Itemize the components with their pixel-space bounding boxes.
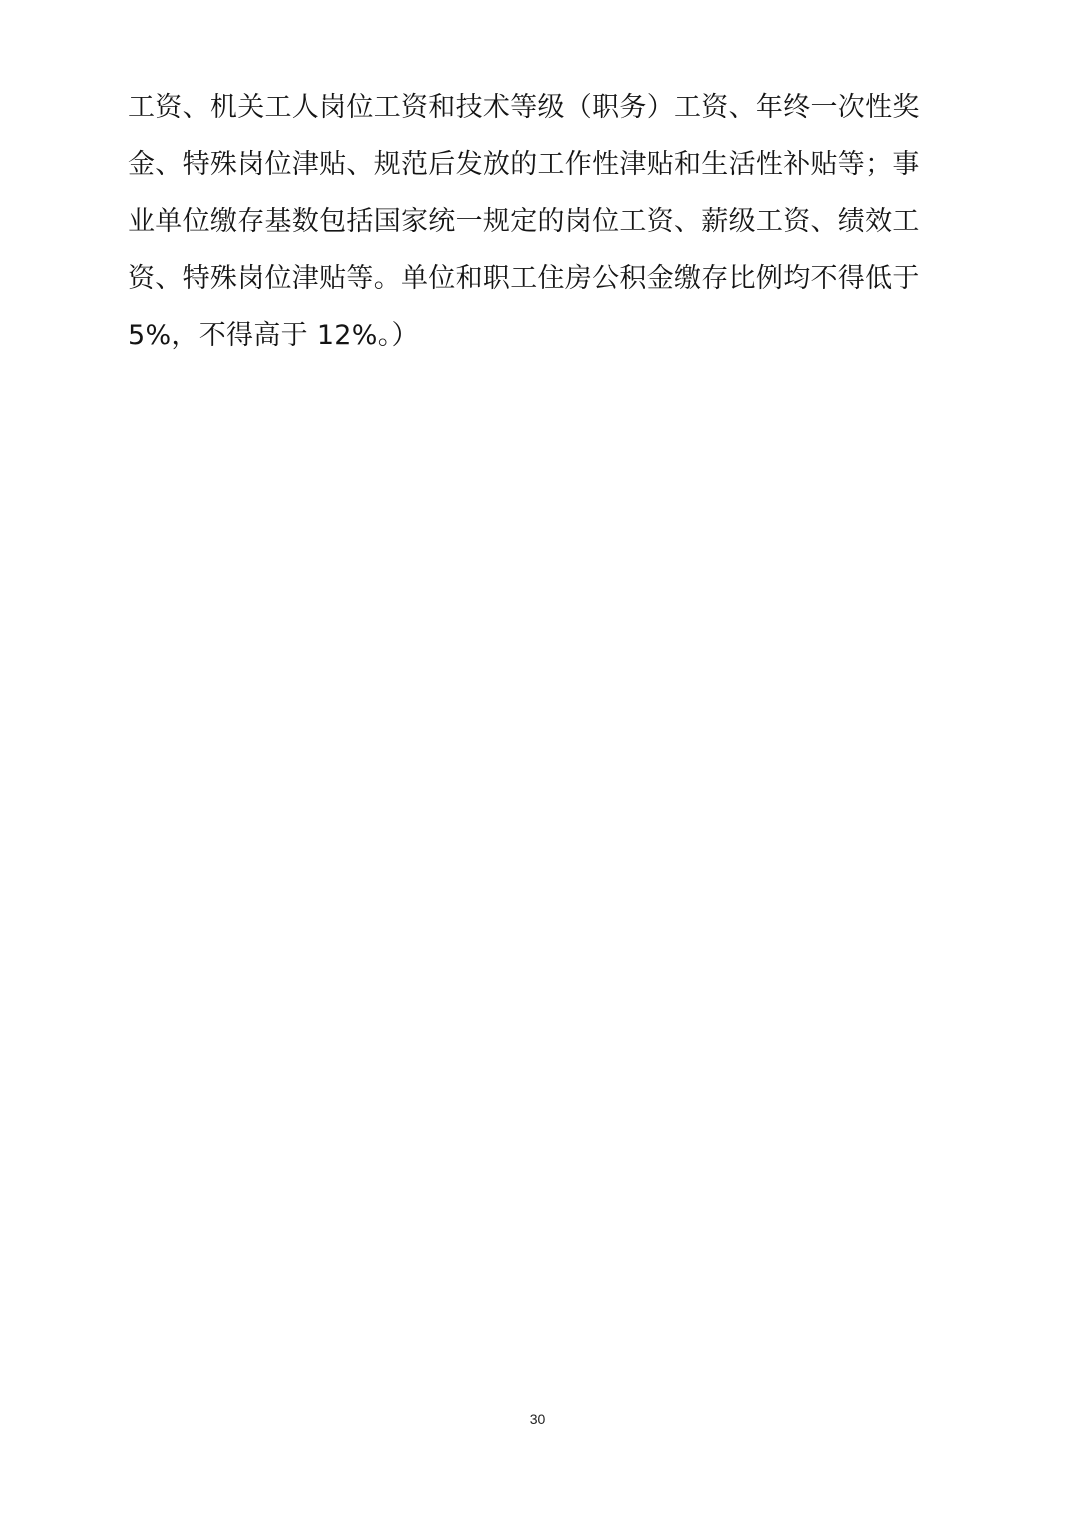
paragraph-line: 工资、机关工人岗位工资和技术等级（职务）工资、年终一次性奖: [128, 84, 968, 141]
paragraph-line: 资、特殊岗位津贴等。单位和职工住房公积金缴存比例均不得低于: [128, 255, 968, 312]
page-number: 30: [0, 1411, 1075, 1427]
document-page: 工资、机关工人岗位工资和技术等级（职务）工资、年终一次性奖 金、特殊岗位津贴、规…: [0, 0, 1075, 1519]
paragraph-line: 金、特殊岗位津贴、规范后发放的工作性津贴和生活性补贴等；事: [128, 141, 968, 198]
paragraph-line: 业单位缴存基数包括国家统一规定的岗位工资、薪级工资、绩效工: [128, 198, 968, 255]
paragraph: 工资、机关工人岗位工资和技术等级（职务）工资、年终一次性奖 金、特殊岗位津贴、规…: [128, 84, 968, 369]
paragraph-line: 5%，不得高于 12%。）: [128, 312, 968, 369]
